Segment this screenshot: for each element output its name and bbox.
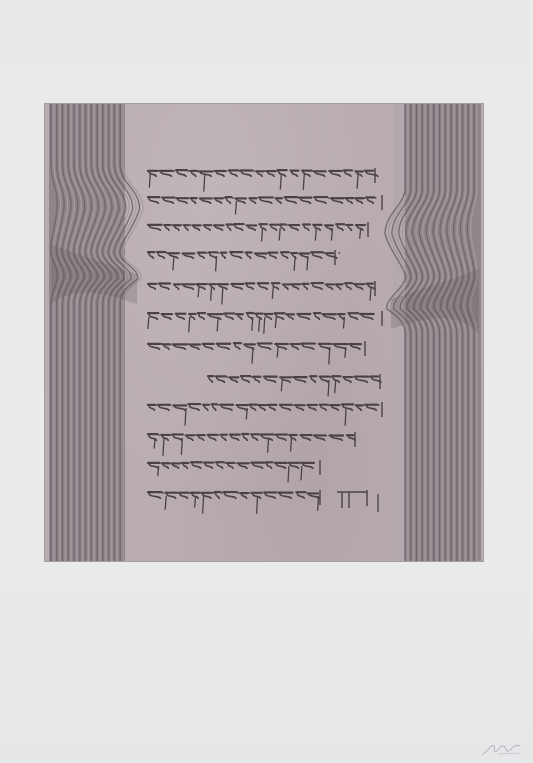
calligraphy-line [148,222,368,241]
calligraphy-line [148,250,340,271]
tibetan-calligraphy-text [45,104,483,561]
calligraphy-line [148,402,382,426]
calligraphy-line [148,490,378,514]
calligraphy-line [148,311,382,334]
calligraphy-line [148,195,382,215]
calligraphy-line [148,432,355,456]
calligraphy-line [148,341,365,364]
artwork-print [45,104,483,561]
calligraphy-line [148,281,375,304]
calligraphy-line [148,168,378,192]
calligraphy-line [148,460,320,482]
pencil-signature [480,738,524,758]
calligraphy-line [208,374,381,396]
